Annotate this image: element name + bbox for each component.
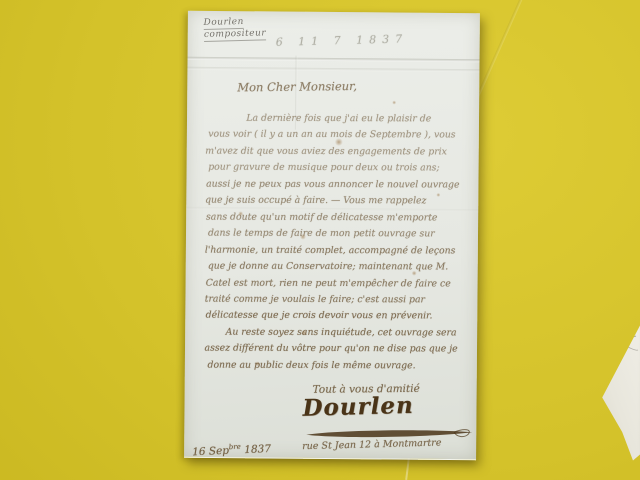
date-day-month: 16 Sep: [192, 445, 229, 459]
body-line: sans doute qu'un motif de délicatesse m'…: [206, 209, 466, 226]
date-superscript: bre: [229, 443, 241, 452]
body-line: Catel est mort, rien ne peut m'empêcher …: [206, 275, 466, 292]
letter-date: 16 Sepbre 1837: [192, 441, 271, 458]
body-line: vous voir ( il y a un an au mois de Sept…: [208, 127, 468, 144]
pencil-annotation-name: Dourlen: [203, 17, 244, 30]
signature-block: Dourlen: [302, 393, 478, 422]
letter-paper: Dourlen compositeur 6 11 7 1837 Mon Cher…: [184, 11, 480, 461]
corner-paper-writing: [608, 326, 640, 376]
body-line: donne au public deux fois le même ouvrag…: [207, 357, 467, 374]
foxing-spot: [392, 101, 396, 105]
body-line: La dernière fois que j'ai eu le plaisir …: [206, 111, 466, 128]
date-address-row: 16 Sepbre 1837 rue St Jean 12 à Montmart…: [190, 435, 468, 457]
body-line: dans le temps de faire de mon petit ouvr…: [208, 226, 468, 243]
pencil-annotation: Dourlen compositeur: [203, 16, 266, 42]
body-line: l'harmonie, un traité complet, accompagn…: [205, 242, 465, 259]
fold-crease-top: [188, 57, 480, 63]
body-line: que je donne au Conservatoire; maintenan…: [208, 259, 468, 276]
body-line: pour gravure de musique pour deux ou tro…: [208, 160, 468, 177]
date-year: 1837: [241, 443, 272, 456]
body-line: délicatesse que je crois devoir vous en …: [206, 308, 466, 325]
salutation: Mon Cher Monsieur,: [237, 79, 357, 94]
body-line: aussi je ne peux pas vous annoncer le no…: [206, 176, 466, 193]
body-line: que je suis occupé à faire. — Vous me ra…: [205, 193, 465, 210]
letter-address: rue St Jean 12 à Montmartre: [302, 438, 441, 453]
letter-body: La dernière fois que j'ai eu le plaisir …: [205, 111, 466, 375]
corner-paper: [586, 318, 640, 468]
signature: Dourlen: [302, 392, 414, 422]
pencil-annotation-title: compositeur: [204, 28, 267, 42]
body-line: Au reste soyez sans inquiétude, cet ouvr…: [208, 324, 468, 341]
ghost-bleedthrough-writing: 6 11 7 1837: [276, 32, 409, 48]
body-line: traité comme je voulais le faire; c'est …: [205, 292, 465, 309]
fold-crease-top-secondary: [187, 67, 479, 73]
body-line: assez différent du vôtre pour qu'on ne d…: [205, 341, 465, 358]
photo-of-letter: Dourlen compositeur 6 11 7 1837 Mon Cher…: [0, 0, 640, 480]
body-line: m'avez dit que vous aviez des engagement…: [205, 143, 465, 160]
